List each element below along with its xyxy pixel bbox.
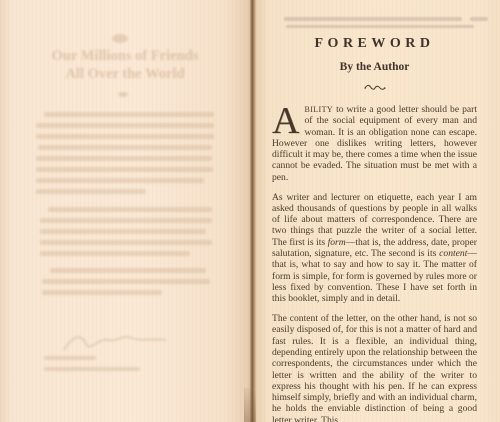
showthrough-line [42, 290, 162, 295]
left-page-showthrough: Our Millions of Friends All Over the Wor… [0, 0, 250, 422]
squiggle-ornament-icon [364, 84, 386, 92]
showthrough-mark [118, 92, 128, 97]
small-caps-lead: BILITY [304, 105, 333, 114]
showthrough-line [38, 145, 212, 150]
showthrough-line [36, 156, 212, 161]
showthrough-line [40, 251, 190, 256]
paragraph-1: ABILITY to write a good letter should be… [272, 104, 477, 183]
showthrough-line [42, 279, 210, 284]
left-page: Our Millions of Friends All Over the Wor… [0, 0, 250, 422]
ornament-container [272, 84, 477, 92]
page-title: FOREWORD [272, 36, 477, 52]
showthrough-line [50, 268, 206, 273]
showthrough-line [40, 229, 206, 234]
showthrough-line [36, 123, 214, 128]
foreword-page-content: FOREWORD By the Author ABILITY to write … [256, 0, 500, 422]
showthrough-line [44, 112, 214, 117]
showthrough-title-line1: Our Millions of Friends [0, 48, 250, 65]
right-page: FOREWORD By the Author ABILITY to write … [256, 0, 500, 422]
showthrough-signature [60, 330, 170, 356]
showthrough-line [40, 218, 212, 223]
showthrough-line [36, 134, 214, 139]
drop-cap: A [272, 104, 304, 137]
showthrough-emblem [112, 34, 128, 43]
paragraph-3: The content of the letter, on the other … [272, 313, 477, 422]
italic-word-content: content [439, 248, 467, 259]
page-byline: By the Author [272, 61, 477, 73]
paragraph-2: As writer and lecturer on etiquette, eac… [272, 192, 477, 305]
showthrough-line [44, 356, 96, 360]
showthrough-line [36, 189, 146, 194]
body-text: ABILITY to write a good letter should be… [272, 104, 477, 422]
showthrough-line [48, 207, 212, 212]
showthrough-line [36, 167, 213, 172]
book-spread-photo: Our Millions of Friends All Over the Wor… [0, 0, 500, 422]
showthrough-line [40, 240, 212, 245]
italic-word-form: form [328, 237, 346, 248]
showthrough-line [36, 178, 204, 183]
showthrough-line [44, 367, 140, 371]
paragraph-3-text: The content of the letter, on the other … [272, 313, 477, 422]
showthrough-title-line2: All Over the World [0, 66, 250, 83]
